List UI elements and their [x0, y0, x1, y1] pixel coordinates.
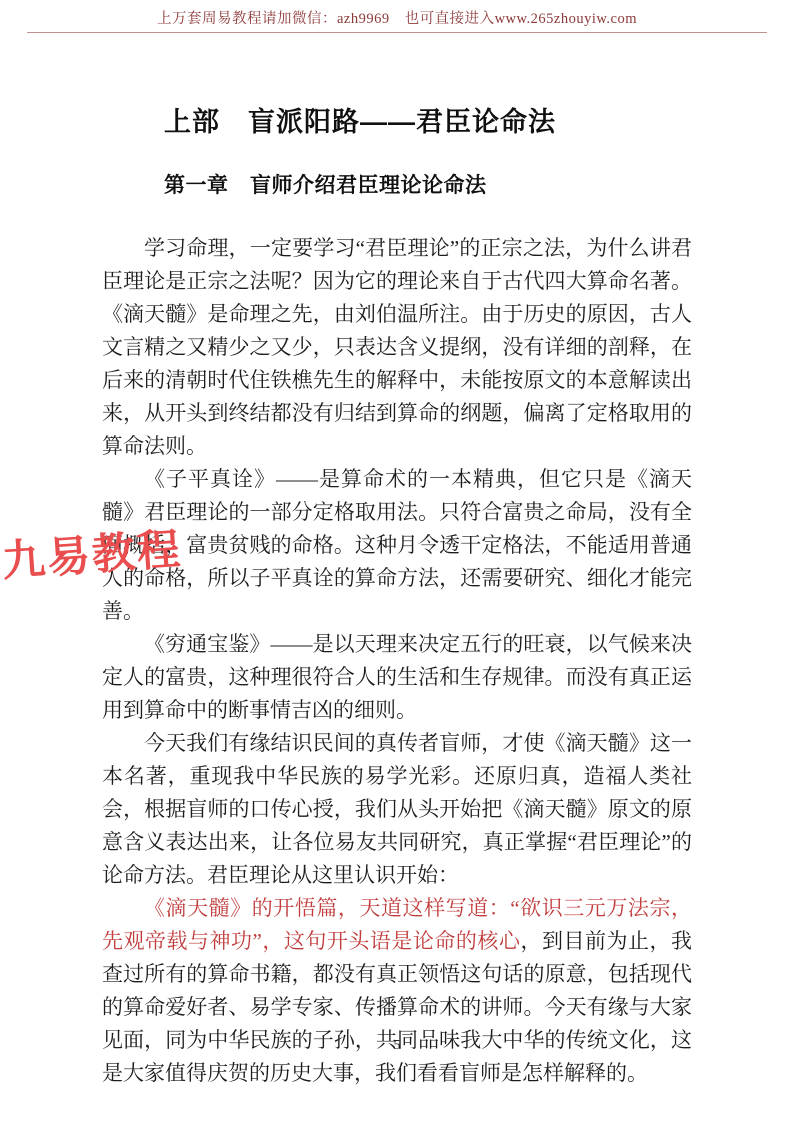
page-header: 上万套周易教程请加微信：azh9969 也可直接进入www.265zhouyiw… [0, 7, 794, 28]
page-number: 5 [0, 1038, 794, 1054]
book-part-title: 上部 盲派阳路——君臣论命法 [164, 100, 556, 139]
body-text-block: 学习命理，一定要学习“君臣理论”的正宗之法，为什么讲君臣理论是正宗之法呢？因为它… [102, 232, 692, 1090]
paragraph-1: 学习命理，一定要学习“君臣理论”的正宗之法，为什么讲君臣理论是正宗之法呢？因为它… [102, 232, 692, 463]
watermark-text: 九易教程 [0, 516, 184, 589]
paragraph-4: 今天我们有缘结识民间的真传者盲师，才使《滴天髓》这一本名著，重现我中华民族的易学… [102, 727, 692, 892]
chapter-heading: 第一章 盲师介绍君臣理论论命法 [164, 169, 487, 199]
paragraph-2: 《子平真诠》——是算命术的一本精典，但它只是《滴天髓》君臣理论的一部分定格取用法… [102, 463, 692, 628]
header-rule [27, 32, 767, 33]
header-promo-text: 上万套周易教程请加微信：azh9969 也可直接进入www.265zhouyiw… [157, 11, 637, 27]
paragraph-5: 《滴天髓》的开悟篇，天道这样写道：“欲识三元万法宗，先观帝载与神功”，这句开头语… [102, 892, 692, 1090]
paragraph-3: 《穷通宝鉴》——是以天理来决定五行的旺衰，以气候来决定人的富贵，这种理很符合人的… [102, 628, 692, 727]
document-page: 上万套周易教程请加微信：azh9969 也可直接进入www.265zhouyiw… [0, 0, 794, 1123]
